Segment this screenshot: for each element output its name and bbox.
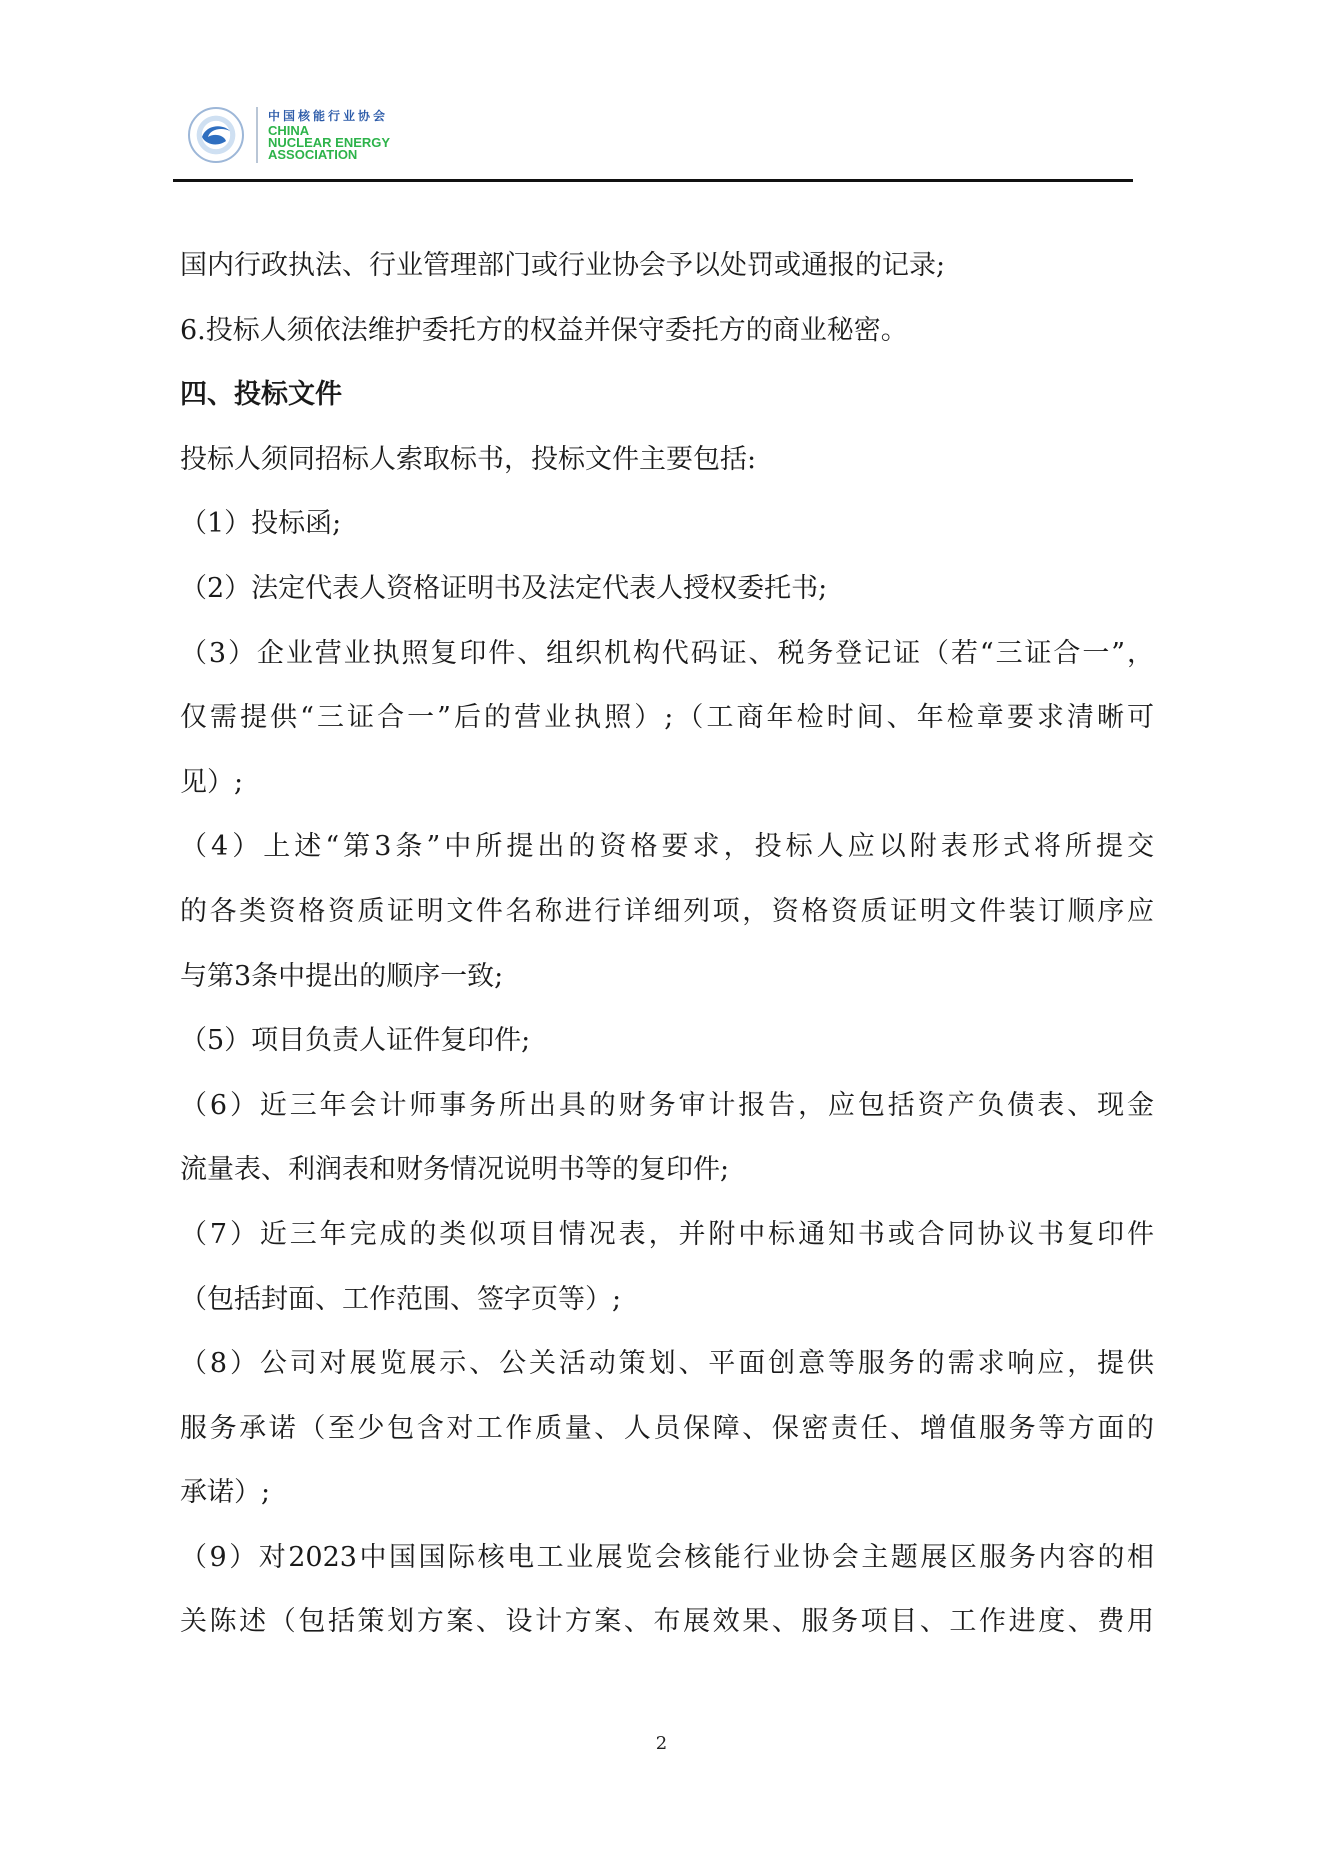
body-text-line: 见）;: [180, 763, 1154, 828]
body-text-line: 的各类资格资质证明文件名称进行详细列项，资格资质证明文件装订顺序应: [180, 892, 1154, 957]
body-text-line: （6）近三年会计师事务所出具的财务审计报告，应包括资产负债表、现金: [180, 1086, 1154, 1151]
body-text-line: （5）项目负责人证件复印件;: [180, 1021, 1154, 1086]
body-text-line: 承诺）;: [180, 1473, 1154, 1538]
body-text-line: 流量表、利润表和财务情况说明书等的复印件;: [180, 1150, 1154, 1215]
logo-divider: [256, 107, 258, 163]
association-logo-icon: [188, 107, 244, 163]
body-text-line: 国内行政执法、行业管理部门或行业协会予以处罚或通报的记录;: [180, 246, 1154, 311]
logo-wordmark: 中国核能行业协会 CHINA NUCLEAR ENERGY ASSOCIATIO…: [268, 110, 390, 161]
body-text-line: 关陈述（包括策划方案、设计方案、布展效果、服务项目、工作进度、费用: [180, 1602, 1154, 1667]
body-text-line: （9）对2023中国国际核电工业展览会核能行业协会主题展区服务内容的相: [180, 1538, 1154, 1603]
body-text-line: （包括封面、工作范围、签字页等）;: [180, 1280, 1154, 1345]
page-number: 2: [0, 1733, 1323, 1754]
body-text-line: （3）企业营业执照复印件、组织机构代码证、税务登记证（若“三证合一”，: [180, 634, 1154, 699]
body-text-line: 服务承诺（至少包含对工作质量、人员保障、保密责任、增值服务等方面的: [180, 1409, 1154, 1474]
body-text-line: （1）投标函;: [180, 504, 1154, 569]
body-text-line: 投标人须同招标人索取标书，投标文件主要包括:: [180, 440, 1154, 505]
body-text-line: 与第3条中提出的顺序一致;: [180, 957, 1154, 1022]
section-heading: 四、投标文件: [180, 375, 1154, 440]
swirl-emblem-icon: [200, 123, 232, 147]
body-text-line: （8）公司对展览展示、公关活动策划、平面创意等服务的需求响应，提供: [180, 1344, 1154, 1409]
logo-chinese-name: 中国核能行业协会: [268, 110, 390, 122]
body-text-line: （4）上述“第3条”中所提出的资格要求，投标人应以附表形式将所提交: [180, 827, 1154, 892]
logo-english-line-3: ASSOCIATION: [268, 149, 390, 161]
body-text-line: 仅需提供“三证合一”后的营业执照）;（工商年检时间、年检章要求清晰可: [180, 698, 1154, 763]
document-body: 国内行政执法、行业管理部门或行业协会予以处罚或通报的记录;6.投标人须依法维护委…: [180, 246, 1154, 1667]
page-header: 中国核能行业协会 CHINA NUCLEAR ENERGY ASSOCIATIO…: [188, 104, 390, 166]
body-text-line: （2）法定代表人资格证明书及法定代表人授权委托书;: [180, 569, 1154, 634]
header-rule: [173, 179, 1133, 182]
body-text-line: 6.投标人须依法维护委托方的权益并保守委托方的商业秘密。: [180, 311, 1154, 376]
body-text-line: （7）近三年完成的类似项目情况表，并附中标通知书或合同协议书复印件: [180, 1215, 1154, 1280]
